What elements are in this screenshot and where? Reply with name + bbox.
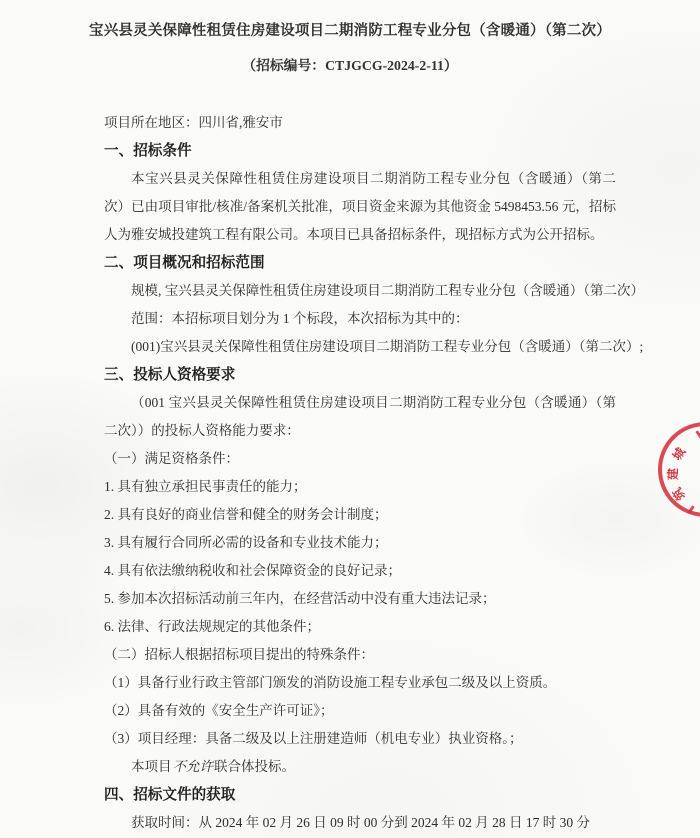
special-condition-2: （2）具备有效的《安全生产许可证》； xyxy=(104,697,616,725)
condition-item-5: 5. 参加本次招标活动前三年内，在经营活动中没有重大违法记录； xyxy=(104,585,616,613)
no-consortium-line: 本项目不允许联合体投标。 xyxy=(104,753,616,781)
scanned-tender-document: 宝兴县灵关保障性租赁住房建设项目二期消防工程专业分包（含暖通）（第二次） （招标… xyxy=(0,0,700,838)
project-scope-line: 范围：本招标项目划分为 1 个标段，本次招标为其中的： xyxy=(104,305,616,333)
condition-item-1: 1. 具有独立承担民事责任的能力； xyxy=(104,473,616,501)
no-consortium-emphasis: 不允许 xyxy=(172,759,215,774)
no-consortium-prefix: 本项目 xyxy=(131,759,172,774)
bid-number: （招标编号：CTJGCG-2024-2-11） xyxy=(0,56,700,76)
section3-intro-paragraph: （001 宝兴县灵关保障性租赁住房建设项目二期消防工程专业分包（含暖通）（第二次… xyxy=(104,389,616,445)
special-condition-3: （3）项目经理：具备二级及以上注册建造师（机电专业）执业资格。； xyxy=(104,725,616,753)
section1-paragraph: 本宝兴县灵关保障性租赁住房建设项目二期消防工程专业分包（含暖通）（第二次）已由项… xyxy=(104,165,616,249)
condition-item-2: 2. 具有良好的商业信誉和健全的财务会计制度； xyxy=(104,501,616,529)
no-consortium-suffix: 联合体投标。 xyxy=(214,759,295,774)
section4-heading: 四、招标文件的获取 xyxy=(104,781,616,809)
condition-item-6: 6. 法律、行政法规规定的其他条件； xyxy=(104,613,616,641)
section2-heading: 二、项目概况和招标范围 xyxy=(104,249,616,277)
qualification-part2-heading: （二）招标人根据招标项目提出的特殊条件： xyxy=(104,641,616,669)
document-title: 宝兴县灵关保障性租赁住房建设项目二期消防工程专业分包（含暖通）（第二次） xyxy=(0,0,700,42)
obtain-time-line: 获取时间：从 2024 年 02 月 26 日 09 时 00 分到 2024 … xyxy=(104,809,616,837)
section1-heading: 一、招标条件 xyxy=(104,137,616,165)
project-scale-line: 规模, 宝兴县灵关保障性租赁住房建设项目二期消防工程专业分包（含暖通）（第二次） xyxy=(104,277,616,305)
special-condition-1: （1）具备行业行政主管部门颁发的消防设施工程专业承包二级及以上资质。 xyxy=(104,669,616,697)
project-location-line: 项目所在地区：四川省,雅安市 xyxy=(104,109,616,137)
lot-line: (001)宝兴县灵关保障性租赁住房建设项目二期消防工程专业分包（含暖通）（第二次… xyxy=(104,333,616,361)
document-body: 项目所在地区：四川省,雅安市 一、招标条件 本宝兴县灵关保障性租赁住房建设项目二… xyxy=(0,109,700,837)
qualification-part1-heading: （一）满足资格条件： xyxy=(104,445,616,473)
section3-heading: 三、投标人资格要求 xyxy=(104,361,616,389)
condition-item-3: 3. 具有履行合同所必需的设备和专业技术能力； xyxy=(104,529,616,557)
condition-item-4: 4. 具有依法缴纳税收和社会保障资金的良好记录； xyxy=(104,557,616,585)
